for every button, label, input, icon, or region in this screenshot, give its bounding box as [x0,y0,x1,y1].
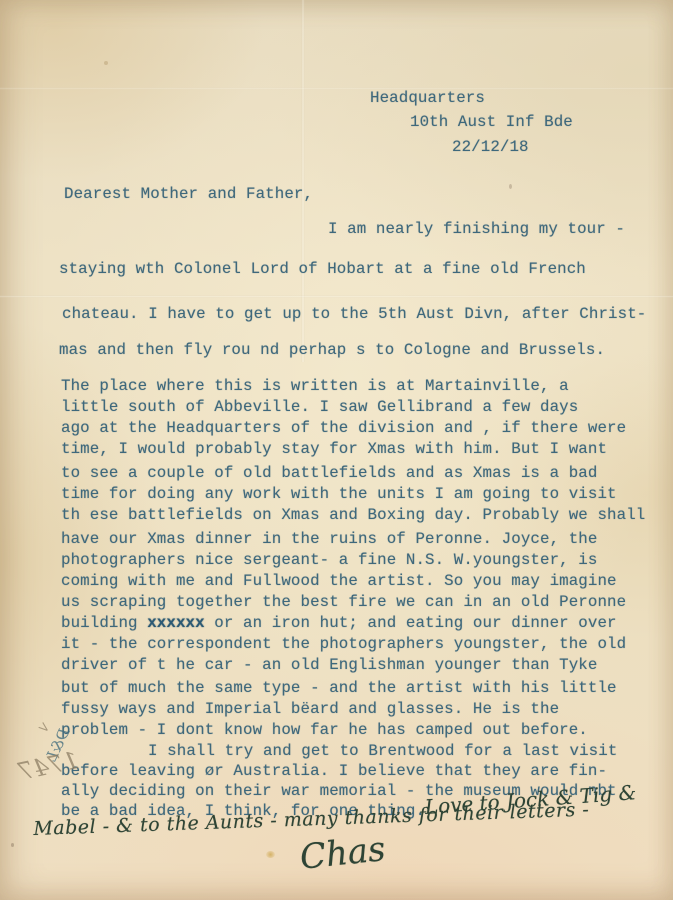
pencil-tick-mark: > [34,718,53,738]
typed-line: photographers nice sergeant- a fine N.S.… [61,551,597,570]
letter-date: 22/12/18 [452,138,529,157]
typed-line: it - the correspondent the photographers… [61,635,626,654]
overstruck-text: xxxxxx [147,614,204,632]
paper-speck [11,843,14,847]
typed-line: problem - I dont know how far he has cam… [61,721,588,740]
typed-line: The place where this is written is at Ma… [61,377,569,396]
typed-line: I shall try and get to Brentwood for a l… [148,742,617,761]
typed-text: or an iron hut; and eating our dinner ov… [205,614,617,632]
typed-line: coming with me and Fullwood the artist. … [61,572,617,591]
typed-line: th ese battlefields on Xmas and Boxing d… [61,506,645,525]
typed-line: before leaving ør Australia. I believe t… [61,762,607,781]
typed-line: time, I would probably stay for Xmas wit… [61,440,607,459]
typed-line: little south of Abbeville. I saw Gellibr… [61,398,578,417]
typed-line: staying wth Colonel Lord of Hobart at a … [59,260,586,279]
typed-line: mas and then fly rou nd perhap s to Colo… [59,341,605,360]
typed-line: us scraping together the best fire we ca… [61,593,626,612]
horizontal-fold-crease-top [0,87,673,90]
letterhead-unit: Headquarters [370,89,485,108]
letterhead-brigade: 10th Aust Inf Bde [410,113,573,132]
signature: Chas [298,829,387,878]
typed-line: have our Xmas dinner in the ruins of Per… [61,530,597,549]
horizontal-fold-crease-middle [0,295,673,298]
typed-line: but of much the same type - and the arti… [61,679,617,698]
typed-line: driver of t he car - an old Englishman y… [61,656,597,675]
paper-speck [104,61,108,65]
salutation: Dearest Mother and Father, [64,185,313,204]
ink-blot-spot [266,851,275,858]
paper-speck [509,184,512,189]
typed-line: ago at the Headquarters of the division … [61,419,626,438]
typed-line: time for doing any work with the units I… [61,485,617,504]
typed-line: I am nearly finishing my tour - [328,220,625,239]
typed-line-with-overstrike: building xxxxxx or an iron hut; and eati… [61,614,617,633]
typed-line: to see a couple of old battlefields and … [61,464,597,483]
typed-line: chateau. I have to get up to the 5th Aus… [62,305,646,324]
typed-text: building [61,614,147,632]
letter-scan-page: Headquarters 10th Aust Inf Bde 22/12/18 … [0,0,673,900]
typed-line: fussy ways and Imperial bëard and glasse… [61,700,559,719]
